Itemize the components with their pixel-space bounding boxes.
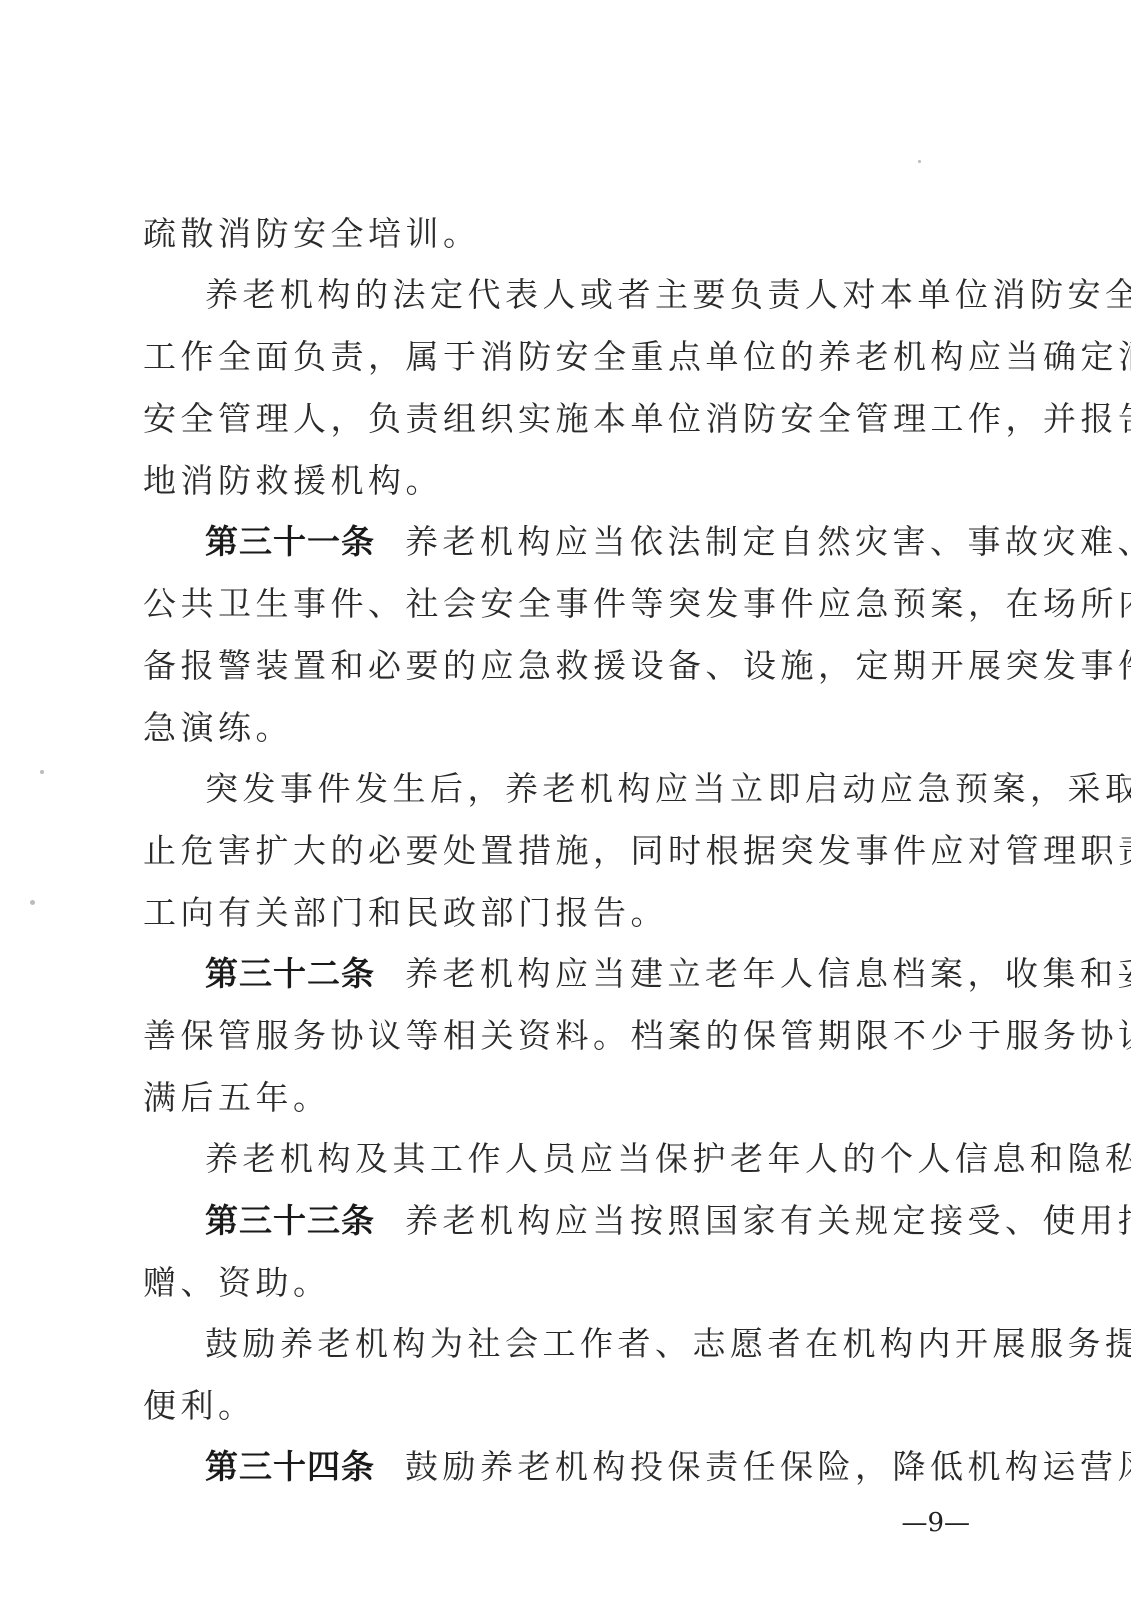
scan-speck — [918, 160, 921, 163]
text-line: 养老机构应当按照国家有关规定接受、使用捐 — [405, 1201, 1131, 1240]
text-line: 地消防救援机构。 — [143, 459, 969, 503]
text-line: 养老机构及其工作人员应当保护老年人的个人信息和隐私。 — [205, 1137, 969, 1181]
text-line: 备报警装置和必要的应急救援设备、设施，定期开展突发事件应 — [143, 644, 969, 688]
article-heading: 第三十四条 — [205, 1447, 375, 1486]
text-line: 工作全面负责，属于消防安全重点单位的养老机构应当确定消防 — [143, 335, 969, 379]
text-line: 善保管服务协议等相关资料。档案的保管期限不少于服务协议期 — [143, 1014, 969, 1058]
text-line: 疏散消防安全培训。 — [143, 212, 969, 256]
scan-speck — [40, 770, 44, 774]
article-33: 第三十三条养老机构应当按照国家有关规定接受、使用捐 — [205, 1199, 969, 1243]
article-heading: 第三十三条 — [205, 1201, 375, 1240]
text-line: 养老机构应当依法制定自然灾害、事故灾难、 — [405, 522, 1131, 561]
article-heading: 第三十一条 — [205, 522, 375, 561]
text-line: 赠、资助。 — [143, 1261, 969, 1305]
text-line: 养老机构应当建立老年人信息档案，收集和妥 — [405, 954, 1131, 993]
article-32: 第三十二条养老机构应当建立老年人信息档案，收集和妥 — [205, 952, 969, 996]
text-line: 养老机构的法定代表人或者主要负责人对本单位消防安全 — [205, 273, 969, 317]
text-line: 止危害扩大的必要处置措施，同时根据突发事件应对管理职责分 — [143, 829, 969, 873]
document-page: 疏散消防安全培训。 养老机构的法定代表人或者主要负责人对本单位消防安全 工作全面… — [0, 0, 1131, 1600]
text-line: 安全管理人，负责组织实施本单位消防安全管理工作，并报告当 — [143, 397, 969, 441]
text-line: 鼓励养老机构为社会工作者、志愿者在机构内开展服务提供 — [205, 1322, 969, 1366]
scan-speck — [30, 900, 35, 905]
page-number: —9— — [890, 1508, 970, 1538]
text-line: 工向有关部门和民政部门报告。 — [143, 891, 969, 935]
article-34: 第三十四条鼓励养老机构投保责任保险，降低机构运营风 — [205, 1445, 969, 1489]
text-line: 满后五年。 — [143, 1076, 969, 1120]
text-line: 公共卫生事件、社会安全事件等突发事件应急预案，在场所内配 — [143, 582, 969, 626]
article-31: 第三十一条养老机构应当依法制定自然灾害、事故灾难、 — [205, 520, 969, 564]
text-line: 便利。 — [143, 1384, 969, 1428]
text-line: 急演练。 — [143, 706, 969, 750]
text-line: 鼓励养老机构投保责任保险，降低机构运营风 — [405, 1447, 1131, 1486]
article-heading: 第三十二条 — [205, 954, 375, 993]
text-line: 突发事件发生后，养老机构应当立即启动应急预案，采取防 — [205, 767, 969, 811]
